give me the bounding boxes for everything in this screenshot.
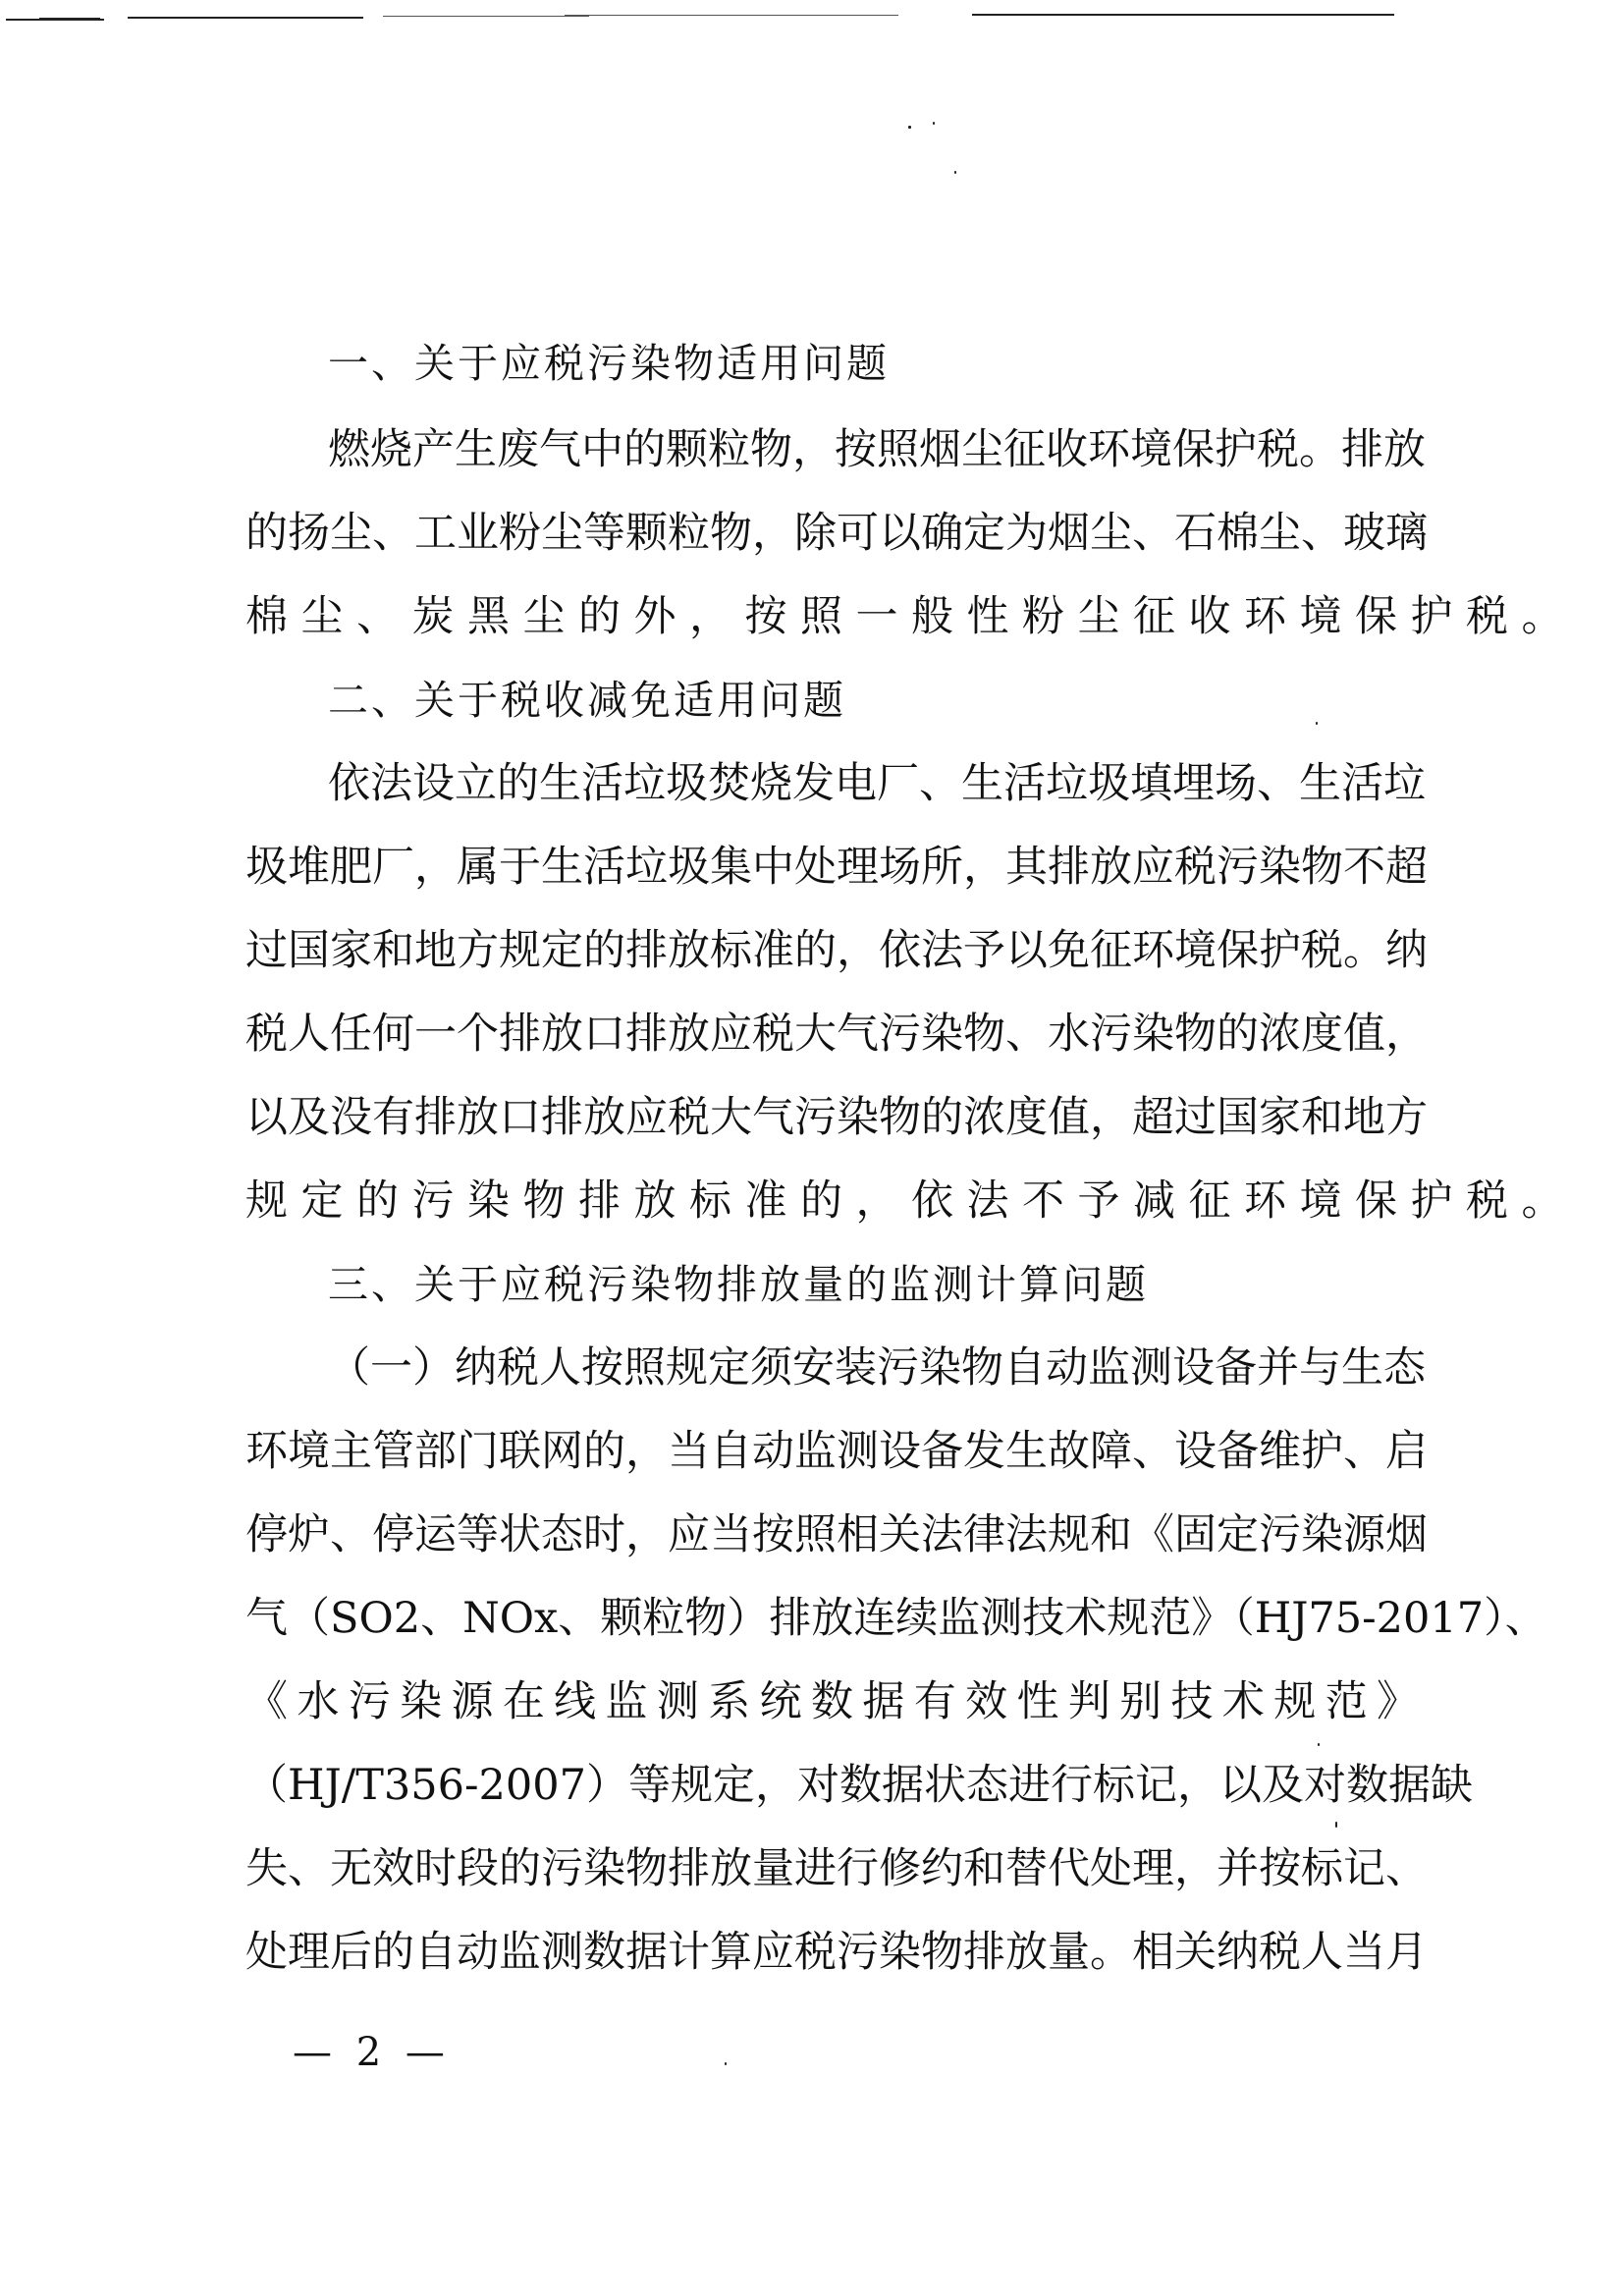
paragraph-line: 棉尘、炭黑尘的外，按照一般性粉尘征收环境保护税。: [245, 587, 1419, 646]
page-number: — 2 —: [293, 2023, 451, 2082]
section-heading-3: 三、关于应税污染物排放量的监测计算问题: [245, 1255, 1419, 1314]
paragraph-line: 环境主管部门联网的，当自动监测设备发生故障、设备维护、启: [245, 1422, 1419, 1481]
scan-speck: [1335, 1822, 1337, 1828]
paragraph-line: 税人任何一个排放口排放应税大气污染物、水污染物的浓度值，: [245, 1005, 1419, 1064]
paragraph-line: 气（SO2、NOx、颗粒物）排放连续监测技术规范》（HJ75-2017）、: [245, 1589, 1419, 1648]
paragraph-line: 《水污染源在线监测系统数据有效性判别技术规范》: [245, 1672, 1419, 1731]
scan-speck: [954, 171, 956, 174]
scan-speck: [908, 126, 911, 129]
scan-speck: [933, 122, 935, 125]
section-heading-1: 一、关于应税污染物适用问题: [245, 334, 1419, 393]
section-heading-2: 二、关于税收减免适用问题: [245, 671, 1419, 730]
scan-artifact-line: [39, 18, 100, 20]
paragraph-line: （一）纳税人按照规定须安装污染物自动监测设备并与生态: [245, 1339, 1419, 1397]
scan-artifact-line: [972, 14, 1394, 16]
scan-artifact-line: [383, 16, 589, 17]
scan-speck: [1318, 1743, 1320, 1746]
scan-speck: [725, 2062, 727, 2065]
paragraph-line: 停炉、停运等状态时，应当按照相关法律法规和《固定污染源烟: [245, 1505, 1419, 1564]
paragraph-line: 圾堆肥厂，属于生活垃圾集中处理场所，其排放应税污染物不超: [245, 838, 1419, 897]
paragraph-line: 过国家和地方规定的排放标准的，依法予以免征环境保护税。纳: [245, 921, 1419, 980]
paragraph-line: 依法设立的生活垃圾焚烧发电厂、生活垃圾填埋场、生活垃: [245, 754, 1419, 813]
paragraph-line: 失、无效时段的污染物排放量进行修约和替代处理，并按标记、: [245, 1839, 1419, 1898]
paragraph-line: 规定的污染物排放标准的，依法不予减征环境保护税。: [245, 1172, 1419, 1230]
scan-artifact-line: [128, 17, 363, 19]
paragraph-line: 处理后的自动监测数据计算应税污染物排放量。相关纳税人当月: [245, 1923, 1419, 1982]
scan-artifact-line: [565, 15, 898, 16]
paragraph-line: 以及没有排放口排放应税大气污染物的浓度值，超过国家和地方: [245, 1088, 1419, 1147]
paragraph-line: 燃烧产生废气中的颗粒物，按照烟尘征收环境保护税。排放: [245, 420, 1419, 479]
paragraph-line: （HJ/T356-2007）等规定，对数据状态进行标记，以及对数据缺: [245, 1756, 1419, 1815]
paragraph-line: 的扬尘、工业粉尘等颗粒物，除可以确定为烟尘、石棉尘、玻璃: [245, 504, 1419, 563]
